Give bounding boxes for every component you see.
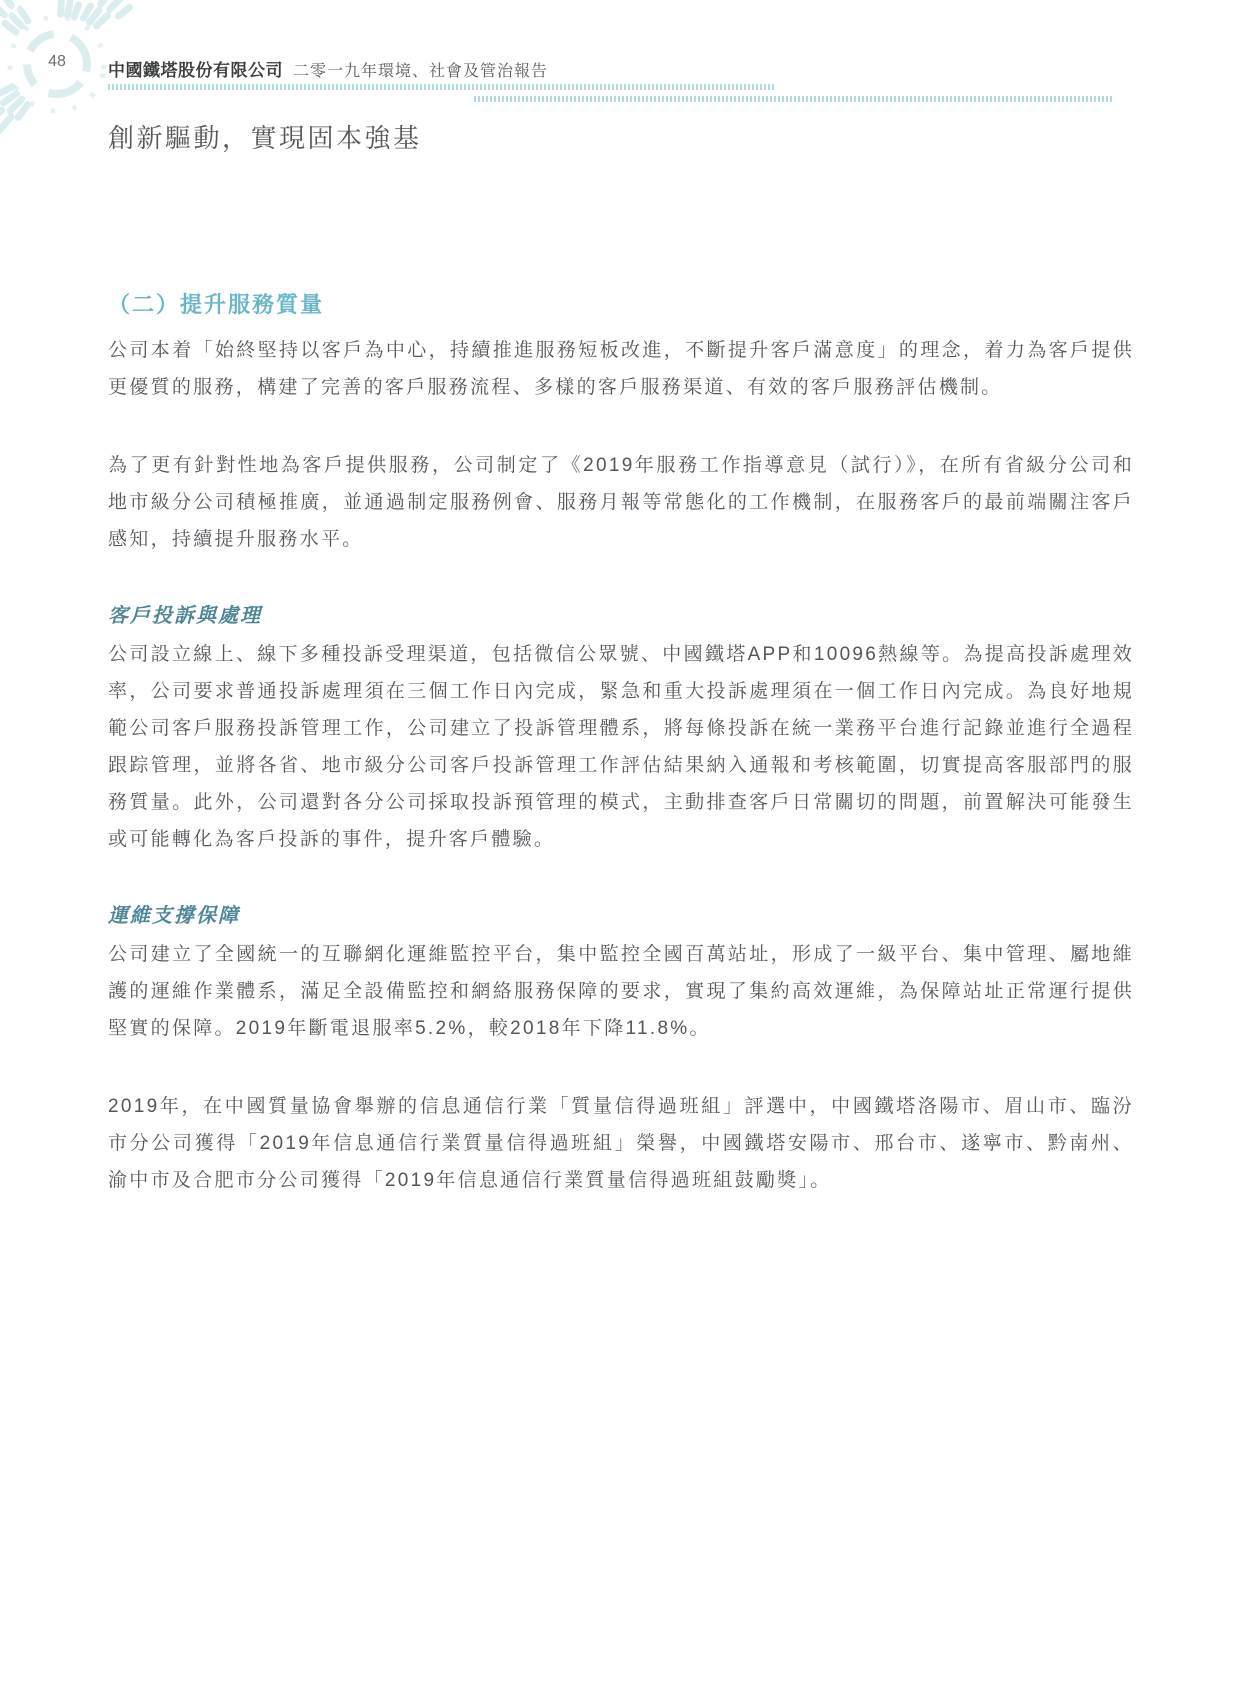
report-title: 二零一九年環境、社會及管治報告 bbox=[293, 63, 548, 80]
intro-paragraph: 公司本着「始終堅持以客戶為中心，持續推進服務短板改進，不斷提升客戶滿意度」的理念… bbox=[108, 332, 1134, 406]
body-paragraph: 公司設立線上、線下多種投訴受理渠道，包括微信公眾號、中國鐵塔APP和10096熱… bbox=[108, 636, 1134, 858]
body-paragraph: 公司建立了全國統一的互聯網化運維監控平台，集中監控全國百萬站址，形成了一級平台、… bbox=[108, 936, 1134, 1047]
page-number: 48 bbox=[39, 53, 75, 71]
section-heading: （二）提升服務質量 bbox=[108, 288, 1134, 319]
company-name: 中國鐵塔股份有限公司 bbox=[108, 61, 283, 80]
body-paragraph: 2019年，在中國質量協會舉辦的信息通信行業「質量信得過班組」評選中，中國鐵塔洛… bbox=[108, 1088, 1134, 1199]
subsection-heading-complaints: 客戶投訴與處理 bbox=[108, 599, 1134, 628]
page-body: （二）提升服務質量 公司本着「始終堅持以客戶為中心，持續推進服務短板改進，不斷提… bbox=[108, 288, 1134, 1240]
header-divider-stripe-primary bbox=[108, 84, 776, 90]
intro-paragraph: 為了更有針對性地為客戶提供服務，公司制定了《2019年服務工作指導意見（試行）》… bbox=[108, 447, 1134, 558]
chapter-title: 創新驅動，實現固本強基 bbox=[108, 118, 422, 155]
header-divider-stripe-secondary bbox=[474, 96, 1114, 102]
report-page: 48 中國鐵塔股份有限公司二零一九年環境、社會及管治報告 創新驅動，實現固本強基… bbox=[0, 0, 1240, 1682]
subsection-heading-maintenance: 運維支撐保障 bbox=[108, 899, 1134, 928]
page-header: 中國鐵塔股份有限公司二零一九年環境、社會及管治報告 bbox=[108, 56, 548, 81]
